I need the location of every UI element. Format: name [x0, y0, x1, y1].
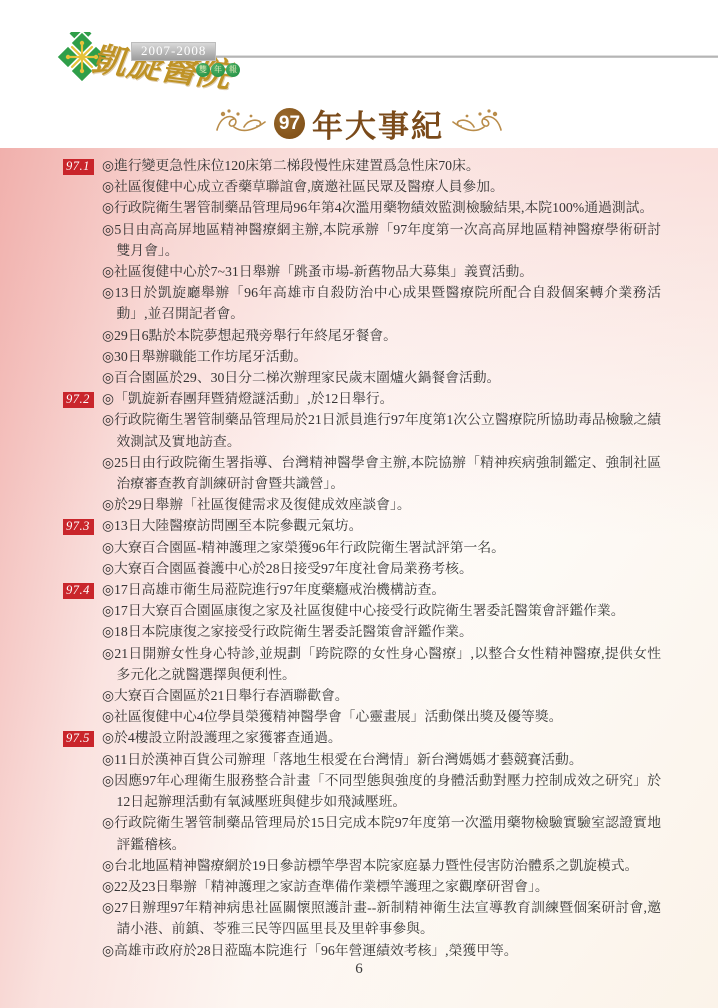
event-text: ◎18日本院康復之家接受行政院衛生署委託醫策會評鑑作業。	[102, 621, 661, 642]
month-badge-cell	[63, 197, 102, 199]
event-text: ◎社區復健中心4位學員榮獲精神醫學會「心靈畫展」活動傑出獎及優等獎。	[102, 706, 661, 727]
event-item: ◎高雄市政府於28日蒞臨本院進行「96年營運績效考核」,榮獲甲等。	[63, 940, 661, 961]
event-item: 97.2◎「凱旋新春團拜暨猜燈謎活動」,於12日舉行。	[63, 388, 661, 409]
flourish-right-icon	[451, 106, 503, 141]
event-text: ◎「凱旋新春團拜暨猜燈謎活動」,於12日舉行。	[102, 388, 661, 409]
month-badge-cell	[63, 685, 102, 687]
event-item: ◎社區復健中心於7~31日舉辦「跳蚤市場-新舊物品大募集」義賣活動。	[63, 261, 661, 282]
event-text: ◎17日高雄市衛生局蒞院進行97年度藥癮戒治機構訪查。	[102, 579, 661, 600]
month-badge: 97.3	[63, 519, 94, 535]
month-badge-cell	[63, 409, 102, 411]
month-badge-cell	[63, 600, 102, 602]
event-text: ◎21日開辦女性身心特診,並規劃「跨院際的女性身心醫療」,以整合女性精神醫療,提…	[102, 643, 661, 685]
month-badge-cell	[63, 494, 102, 496]
month-badge-cell	[63, 261, 102, 263]
month-badge-cell	[63, 558, 102, 560]
event-text: ◎30日舉辦職能工作坊尾牙活動。	[102, 346, 661, 367]
event-text: ◎因應97年心理衛生服務整合計畫「不同型態與強度的身體活動對壓力控制成效之研究」…	[102, 770, 661, 812]
event-item: ◎17日大寮百合園區康復之家及社區復健中心接受行政院衛生署委託醫策會評鑑作業。	[63, 600, 661, 621]
event-item: ◎於29日舉辦「社區復健需求及復健成效座談會」。	[63, 494, 661, 515]
event-text: ◎11日於漢神百貨公司辦理「落地生根愛在台灣情」新台灣媽媽才藝競賽活動。	[102, 749, 661, 770]
edition-char: 報	[226, 63, 240, 77]
event-text: ◎13日大陸醫療訪問團至本院參觀元氣坊。	[102, 515, 661, 536]
event-item: ◎行政院衛生署管制藥品管理局96年第4次濫用藥物績效監測檢驗結果,本院100%通…	[63, 197, 661, 218]
event-text: ◎百合園區於29、30日分二梯次辦理家民歲末圍爐火鍋餐會活動。	[102, 367, 661, 388]
event-text: ◎社區復健中心成立香藥草聯誼會,廣邀社區民眾及醫療人員參加。	[102, 176, 661, 197]
month-badge-cell	[63, 325, 102, 327]
event-text: ◎13日於凱旋廳舉辦「96年高雄市自殺防治中心成果暨醫療院所配合自殺個案轉介業務…	[102, 282, 661, 324]
event-item: ◎27日辦理97年精神病患社區關懷照護計畫--新制精神衛生法宣導教育訓練暨個案研…	[63, 897, 661, 939]
month-badge-cell	[63, 749, 102, 751]
month-badge-cell	[63, 282, 102, 284]
event-text: ◎進行變更急性床位120床第二梯段慢性床建置爲急性床70床。	[102, 155, 661, 176]
edition-char: 年	[211, 63, 225, 77]
event-item: ◎台北地區精神醫療網於19日參訪標竿學習本院家庭暴力暨性侵害防治體系之凱旋模式。	[63, 855, 661, 876]
event-item: ◎30日舉辦職能工作坊尾牙活動。	[63, 346, 661, 367]
month-badge-cell	[63, 176, 102, 178]
event-item: 97.4◎17日高雄市衛生局蒞院進行97年度藥癮戒治機構訪查。	[63, 579, 661, 600]
month-badge: 97.5	[63, 731, 94, 747]
edition-badge: 雙年報	[196, 63, 240, 77]
month-badge-cell	[63, 219, 102, 221]
month-badge-cell	[63, 897, 102, 899]
event-item: ◎大寮百合園區養護中心於28日接受97年度社會局業務考核。	[63, 558, 661, 579]
event-item: ◎22及23日舉辦「精神護理之家訪查準備作業標竿護理之家觀摩研習會」。	[63, 876, 661, 897]
event-item: ◎百合園區於29、30日分二梯次辦理家民歲末圍爐火鍋餐會活動。	[63, 367, 661, 388]
event-item: ◎5日由高高屏地區精神醫療網主辦,本院承辦「97年度第一次高高屏地區精神醫療學術…	[63, 219, 661, 261]
event-text: ◎行政院衛生署管制藥品管理局於15日完成本院97年度第一次濫用藥物檢驗實驗室認證…	[102, 812, 661, 854]
month-badge-cell	[63, 770, 102, 772]
title-year-circle: 97	[274, 108, 305, 139]
month-badge-cell	[63, 346, 102, 348]
month-badge: 97.2	[63, 392, 94, 408]
event-text: ◎27日辦理97年精神病患社區關懷照護計畫--新制精神衛生法宣導教育訓練暨個案研…	[102, 897, 661, 939]
month-badge-cell	[63, 452, 102, 454]
page-title-text: 年大事紀	[312, 101, 444, 146]
month-badge-cell	[63, 855, 102, 857]
event-item: 97.1◎進行變更急性床位120床第二梯段慢性床建置爲急性床70床。	[63, 155, 661, 176]
event-text: ◎行政院衛生署管制藥品管理局於21日派員進行97年度第1次公立醫療院所協助毒品檢…	[102, 409, 661, 451]
month-badge-cell: 97.1	[63, 155, 102, 175]
event-item: ◎大寮百合園區-精神護理之家榮獲96年行政院衛生署試評第一名。	[63, 537, 661, 558]
event-text: ◎台北地區精神醫療網於19日參訪標竿學習本院家庭暴力暨性侵害防治體系之凱旋模式。	[102, 855, 661, 876]
events-list: 97.1◎進行變更急性床位120床第二梯段慢性床建置爲急性床70床。◎社區復健中…	[0, 148, 718, 1008]
event-item: ◎13日於凱旋廳舉辦「96年高雄市自殺防治中心成果暨醫療院所配合自殺個案轉介業務…	[63, 282, 661, 324]
event-text: ◎大寮百合園區於21日舉行春酒聯歡會。	[102, 685, 661, 706]
event-text: ◎25日由行政院衛生署指導、台灣精神醫學會主辦,本院協辦「精神疾病強制鑑定、強制…	[102, 452, 661, 494]
month-badge-cell	[63, 621, 102, 623]
month-badge: 97.4	[63, 583, 94, 599]
event-text: ◎22及23日舉辦「精神護理之家訪查準備作業標竿護理之家觀摩研習會」。	[102, 876, 661, 897]
event-item: ◎21日開辦女性身心特診,並規劃「跨院際的女性身心醫療」,以整合女性精神醫療,提…	[63, 643, 661, 685]
event-item: 97.5◎於4樓設立附設護理之家獲審查通過。	[63, 727, 661, 748]
event-item: 97.3◎13日大陸醫療訪問團至本院參觀元氣坊。	[63, 515, 661, 536]
event-item: ◎行政院衛生署管制藥品管理局於15日完成本院97年度第一次濫用藥物檢驗實驗室認證…	[63, 812, 661, 854]
month-badge-cell: 97.4	[63, 579, 102, 599]
month-badge-cell	[63, 940, 102, 942]
event-text: ◎29日6點於本院夢想起飛旁舉行年終尾牙餐會。	[102, 325, 661, 346]
event-item: ◎18日本院康復之家接受行政院衛生署委託醫策會評鑑作業。	[63, 621, 661, 642]
event-text: ◎於29日舉辦「社區復健需求及復健成效座談會」。	[102, 494, 661, 515]
month-badge-cell: 97.2	[63, 388, 102, 408]
month-badge-cell	[63, 643, 102, 645]
event-text: ◎大寮百合園區養護中心於28日接受97年度社會局業務考核。	[102, 558, 661, 579]
month-badge-cell	[63, 706, 102, 708]
month-badge-cell	[63, 876, 102, 878]
month-badge-cell: 97.5	[63, 727, 102, 747]
event-item: ◎社區復健中心4位學員榮獲精神醫學會「心靈畫展」活動傑出獎及優等獎。	[63, 706, 661, 727]
month-badge-cell	[63, 812, 102, 814]
month-badge-cell	[63, 537, 102, 539]
header-divider	[193, 55, 718, 58]
month-badge-cell	[63, 367, 102, 369]
event-text: ◎行政院衛生署管制藥品管理局96年第4次濫用藥物績效監測檢驗結果,本院100%通…	[102, 197, 661, 218]
year-range-badge: 2007-2008	[131, 42, 216, 61]
event-item: ◎25日由行政院衛生署指導、台灣精神醫學會主辦,本院協辦「精神疾病強制鑑定、強制…	[63, 452, 661, 494]
event-text: ◎5日由高高屏地區精神醫療網主辦,本院承辦「97年度第一次高高屏地區精神醫療學術…	[102, 219, 661, 261]
event-item: ◎行政院衛生署管制藥品管理局於21日派員進行97年度第1次公立醫療院所協助毒品檢…	[63, 409, 661, 451]
event-item: ◎因應97年心理衛生服務整合計畫「不同型態與強度的身體活動對壓力控制成效之研究」…	[63, 770, 661, 812]
event-item: ◎大寮百合園區於21日舉行春酒聯歡會。	[63, 685, 661, 706]
event-item: ◎社區復健中心成立香藥草聯誼會,廣邀社區民眾及醫療人員參加。	[63, 176, 661, 197]
month-badge-cell: 97.3	[63, 515, 102, 535]
page-number: 6	[0, 961, 718, 978]
flourish-left-icon	[215, 106, 267, 141]
page-title: 97 年大事紀	[0, 98, 718, 148]
event-text: ◎高雄市政府於28日蒞臨本院進行「96年營運績效考核」,榮獲甲等。	[102, 940, 661, 961]
event-text: ◎於4樓設立附設護理之家獲審查通過。	[102, 727, 661, 748]
event-text: ◎大寮百合園區-精神護理之家榮獲96年行政院衛生署試評第一名。	[102, 537, 661, 558]
edition-char: 雙	[196, 63, 210, 77]
event-text: ◎17日大寮百合園區康復之家及社區復健中心接受行政院衛生署委託醫策會評鑑作業。	[102, 600, 661, 621]
month-badge: 97.1	[63, 159, 94, 175]
event-item: ◎11日於漢神百貨公司辦理「落地生根愛在台灣情」新台灣媽媽才藝競賽活動。	[63, 749, 661, 770]
yearbook-page: 凱旋醫院 2007-2008 雙年報 97 年大事紀	[0, 0, 718, 1008]
event-text: ◎社區復健中心於7~31日舉辦「跳蚤市場-新舊物品大募集」義賣活動。	[102, 261, 661, 282]
event-item: ◎29日6點於本院夢想起飛旁舉行年終尾牙餐會。	[63, 325, 661, 346]
